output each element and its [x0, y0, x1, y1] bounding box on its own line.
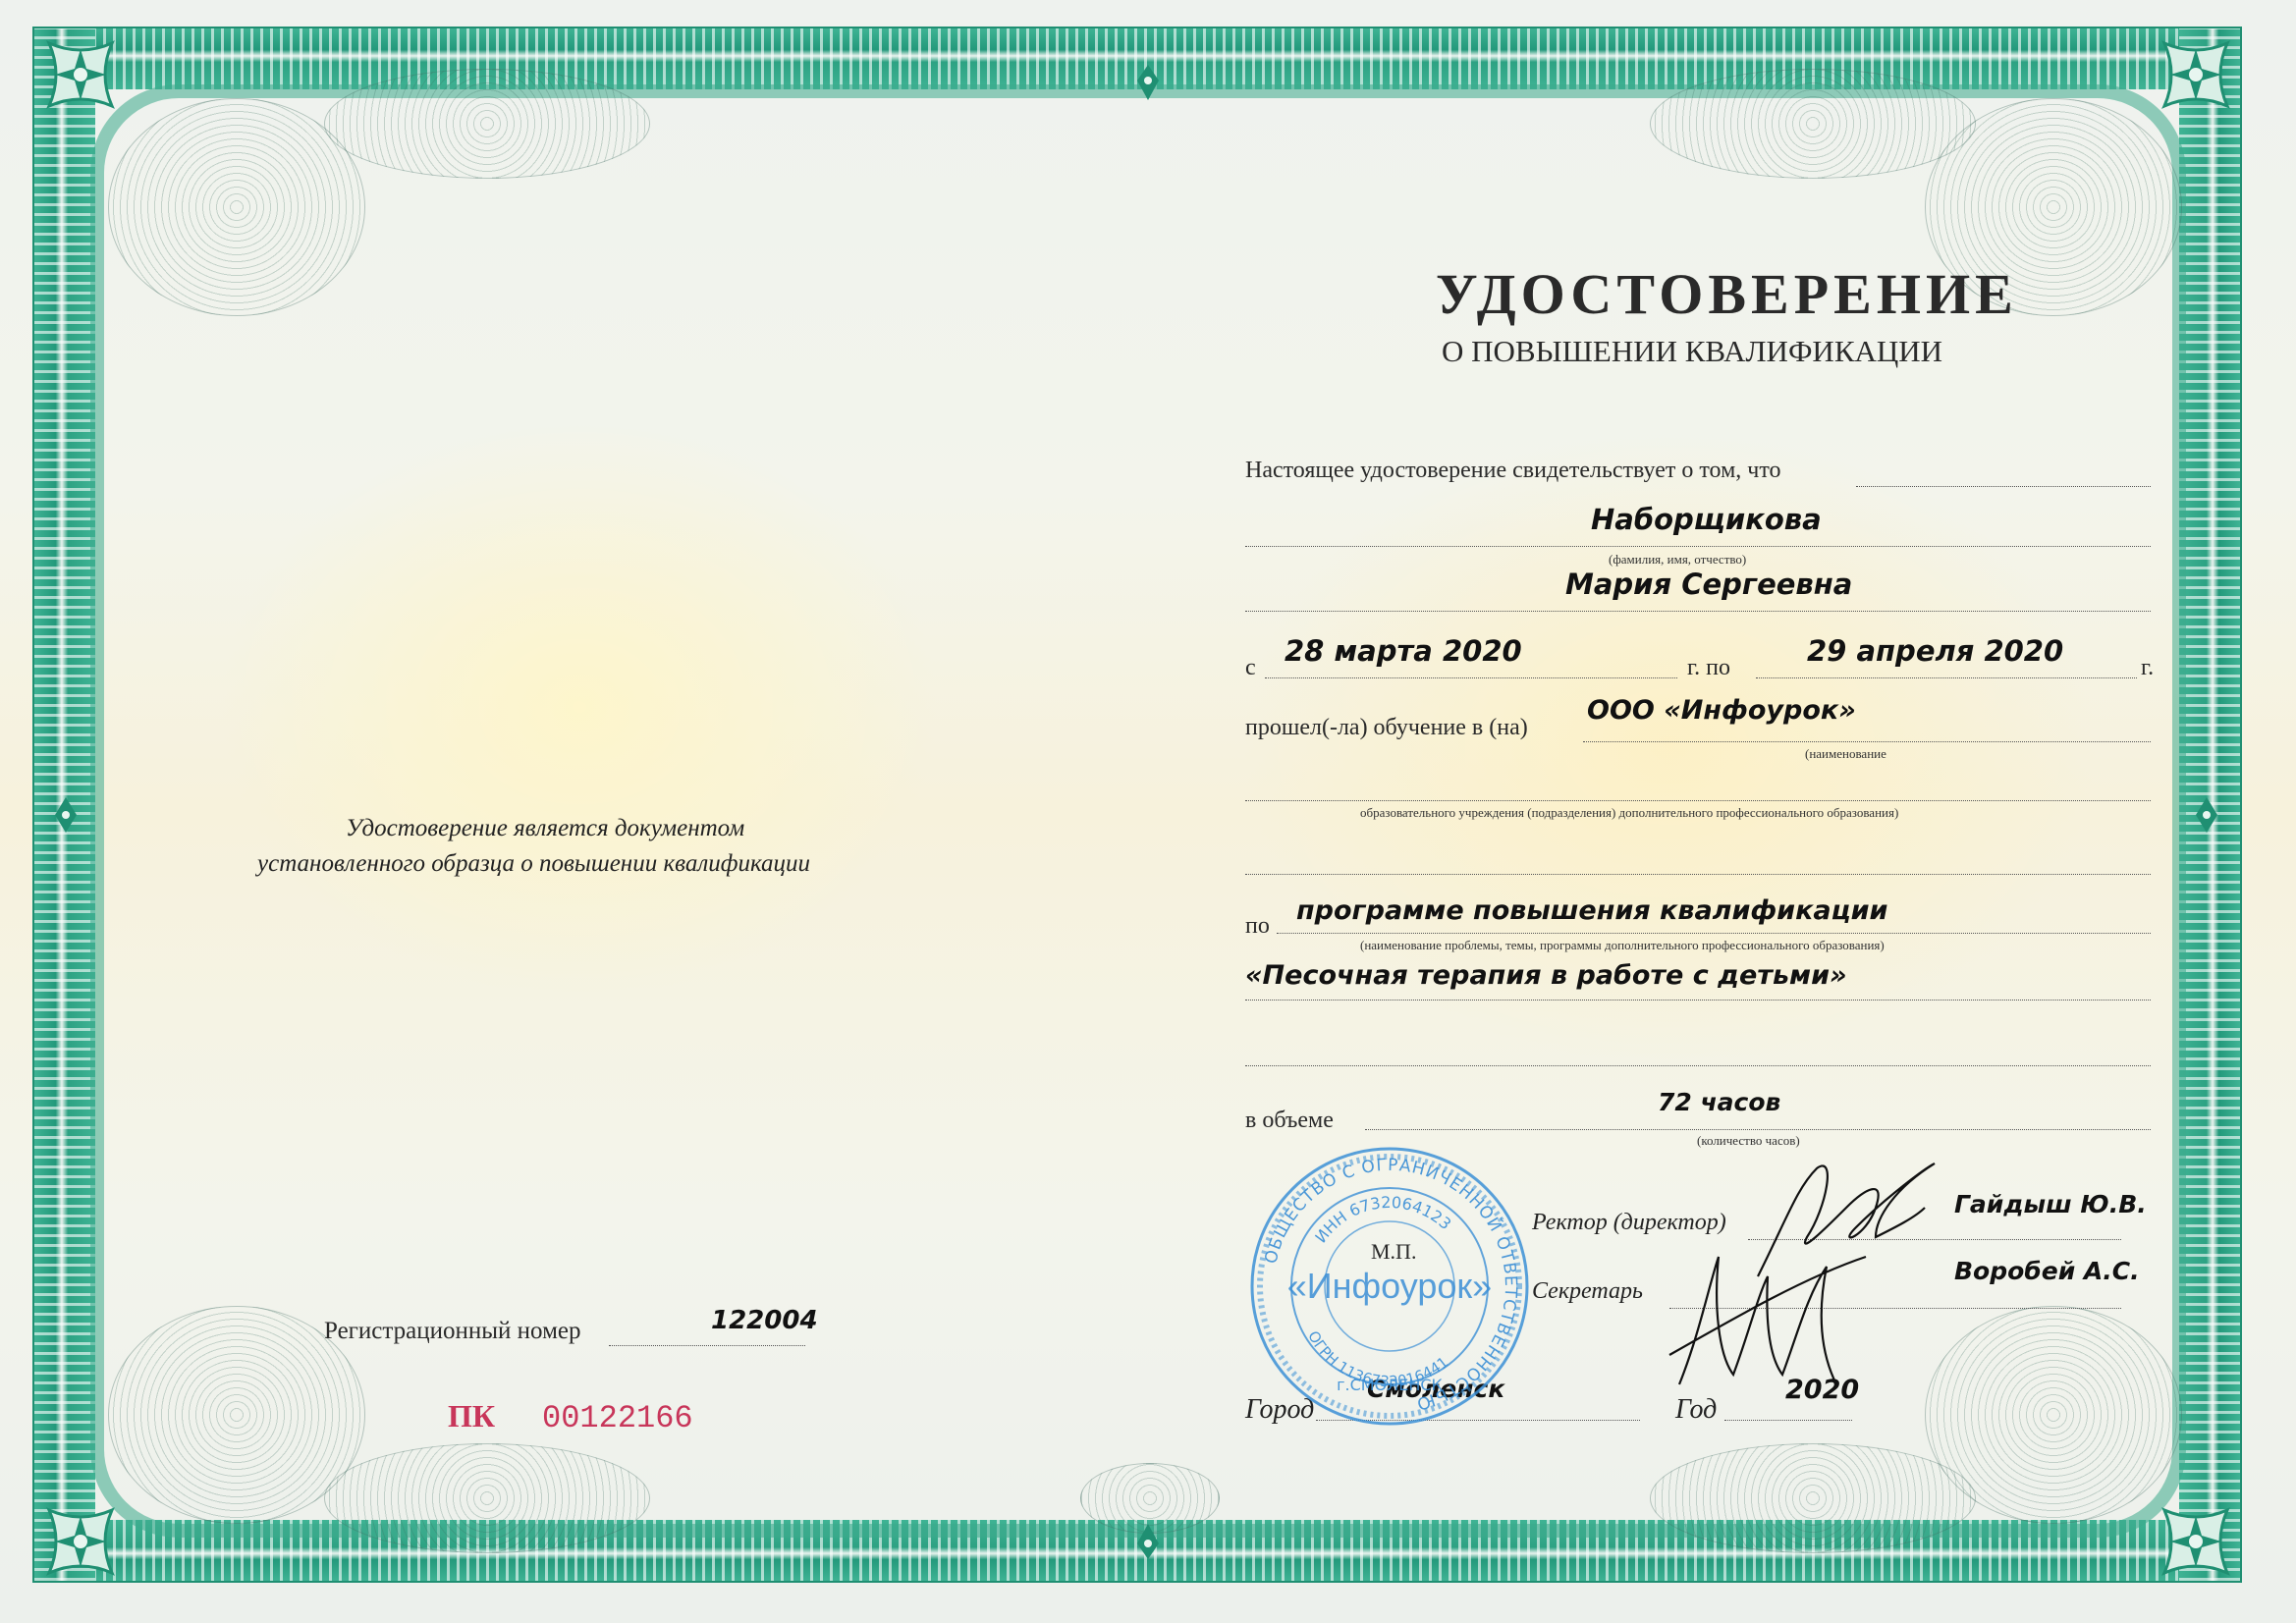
recipient-surname: Наборщикова — [1591, 503, 1822, 536]
organization-line-3 — [1245, 874, 2151, 875]
serial-number: 00122166 — [542, 1400, 693, 1436]
seal-label: М.П. — [1371, 1239, 1416, 1265]
left-statement-line-2: установленного образца о повышении квали… — [257, 850, 810, 878]
surname-line — [1245, 546, 2151, 547]
registration-number-value: 122004 — [711, 1306, 818, 1335]
ornament-diamond-icon — [1135, 63, 1161, 102]
organization-label-1: (наименование — [1805, 746, 1886, 762]
year-label: Год — [1675, 1394, 1717, 1426]
certificate-sheet: Удостоверение является документом устано… — [0, 0, 2296, 1623]
corner-star-icon — [41, 1502, 120, 1581]
guilloche-rosette — [324, 69, 650, 179]
guilloche-rosette — [1650, 69, 1976, 179]
ornament-diamond-icon — [1135, 1522, 1161, 1561]
intro-line — [1856, 486, 2151, 487]
volume-prefix: в объеме — [1245, 1108, 1334, 1134]
ornament-diamond-icon — [53, 795, 79, 835]
from-date-line — [1265, 677, 1677, 678]
left-statement-line-1: Удостоверение является документом — [346, 815, 744, 842]
corner-star-icon — [2157, 35, 2235, 114]
organization-line — [1583, 741, 2151, 742]
program-value: программе повышения квалификации — [1296, 895, 1887, 926]
period-end-label: г. — [2141, 655, 2154, 681]
volume-label: (количество часов) — [1697, 1133, 1800, 1149]
stamp-city: г.СМОЛЕНСК — [1337, 1376, 1443, 1394]
volume-line — [1365, 1129, 2151, 1130]
program-label: (наименование проблемы, темы, программы … — [1360, 938, 1885, 953]
corner-star-icon — [2157, 1502, 2235, 1581]
document-subtitle: О ПОВЫШЕНИИ КВАЛИФИКАЦИИ — [1442, 334, 1942, 369]
registration-number-label: Регистрационный номер — [324, 1318, 581, 1345]
period-from-date: 28 марта 2020 — [1285, 634, 1522, 668]
secretary-label: Секретарь — [1532, 1278, 1643, 1305]
volume-value: 72 часов — [1658, 1088, 1780, 1116]
guilloche-rosette — [1650, 1443, 1976, 1553]
stamp-center: «Инфоурок» — [1287, 1266, 1492, 1306]
program-prefix: по — [1245, 913, 1270, 940]
course-line — [1245, 1000, 2151, 1001]
secretary-name: Воробей А.С. — [1954, 1257, 2140, 1285]
period-to-date: 29 апреля 2020 — [1807, 634, 2063, 668]
rector-name: Гайдыш Ю.В. — [1954, 1190, 2147, 1218]
registration-number-line — [609, 1345, 805, 1346]
company-seal: ОБЩЕСТВО С ОГРАНИЧЕННОЙ ОТВЕТСТВЕННОСТЬЮ… — [1242, 1139, 1537, 1434]
ornament-diamond-icon — [2194, 795, 2219, 835]
secretary-signature — [1660, 1237, 1876, 1394]
rector-label: Ректор (директор) — [1532, 1210, 1726, 1236]
organization-name: ООО «Инфоурок» — [1587, 695, 1856, 726]
recipient-label: (фамилия, имя, отчество) — [1609, 552, 1746, 568]
recipient-given-names: Мария Сергеевна — [1565, 568, 1852, 601]
document-title: УДОСТОВЕРЕНИЕ — [1436, 261, 2018, 327]
corner-star-icon — [41, 35, 120, 114]
period-mid-label: г. по — [1687, 655, 1730, 681]
period-from-prefix: с — [1245, 655, 1256, 681]
organization-prefix: прошел(-ла) обучение в (на) — [1245, 715, 1528, 741]
organization-line-2 — [1245, 800, 2151, 801]
course-title: «Песочная терапия в работе с детьми» — [1245, 960, 1847, 991]
year-line — [1724, 1420, 1852, 1421]
serial-prefix: ПК — [448, 1398, 495, 1434]
program-line — [1277, 933, 2151, 934]
course-line-2 — [1245, 1065, 2151, 1066]
given-names-line — [1245, 611, 2151, 612]
intro-text: Настоящее удостоверение свидетельствует … — [1245, 458, 1781, 484]
organization-label-2: образовательного учреждения (подразделен… — [1360, 805, 1898, 821]
to-date-line — [1756, 677, 2137, 678]
guilloche-rosette — [324, 1443, 650, 1553]
